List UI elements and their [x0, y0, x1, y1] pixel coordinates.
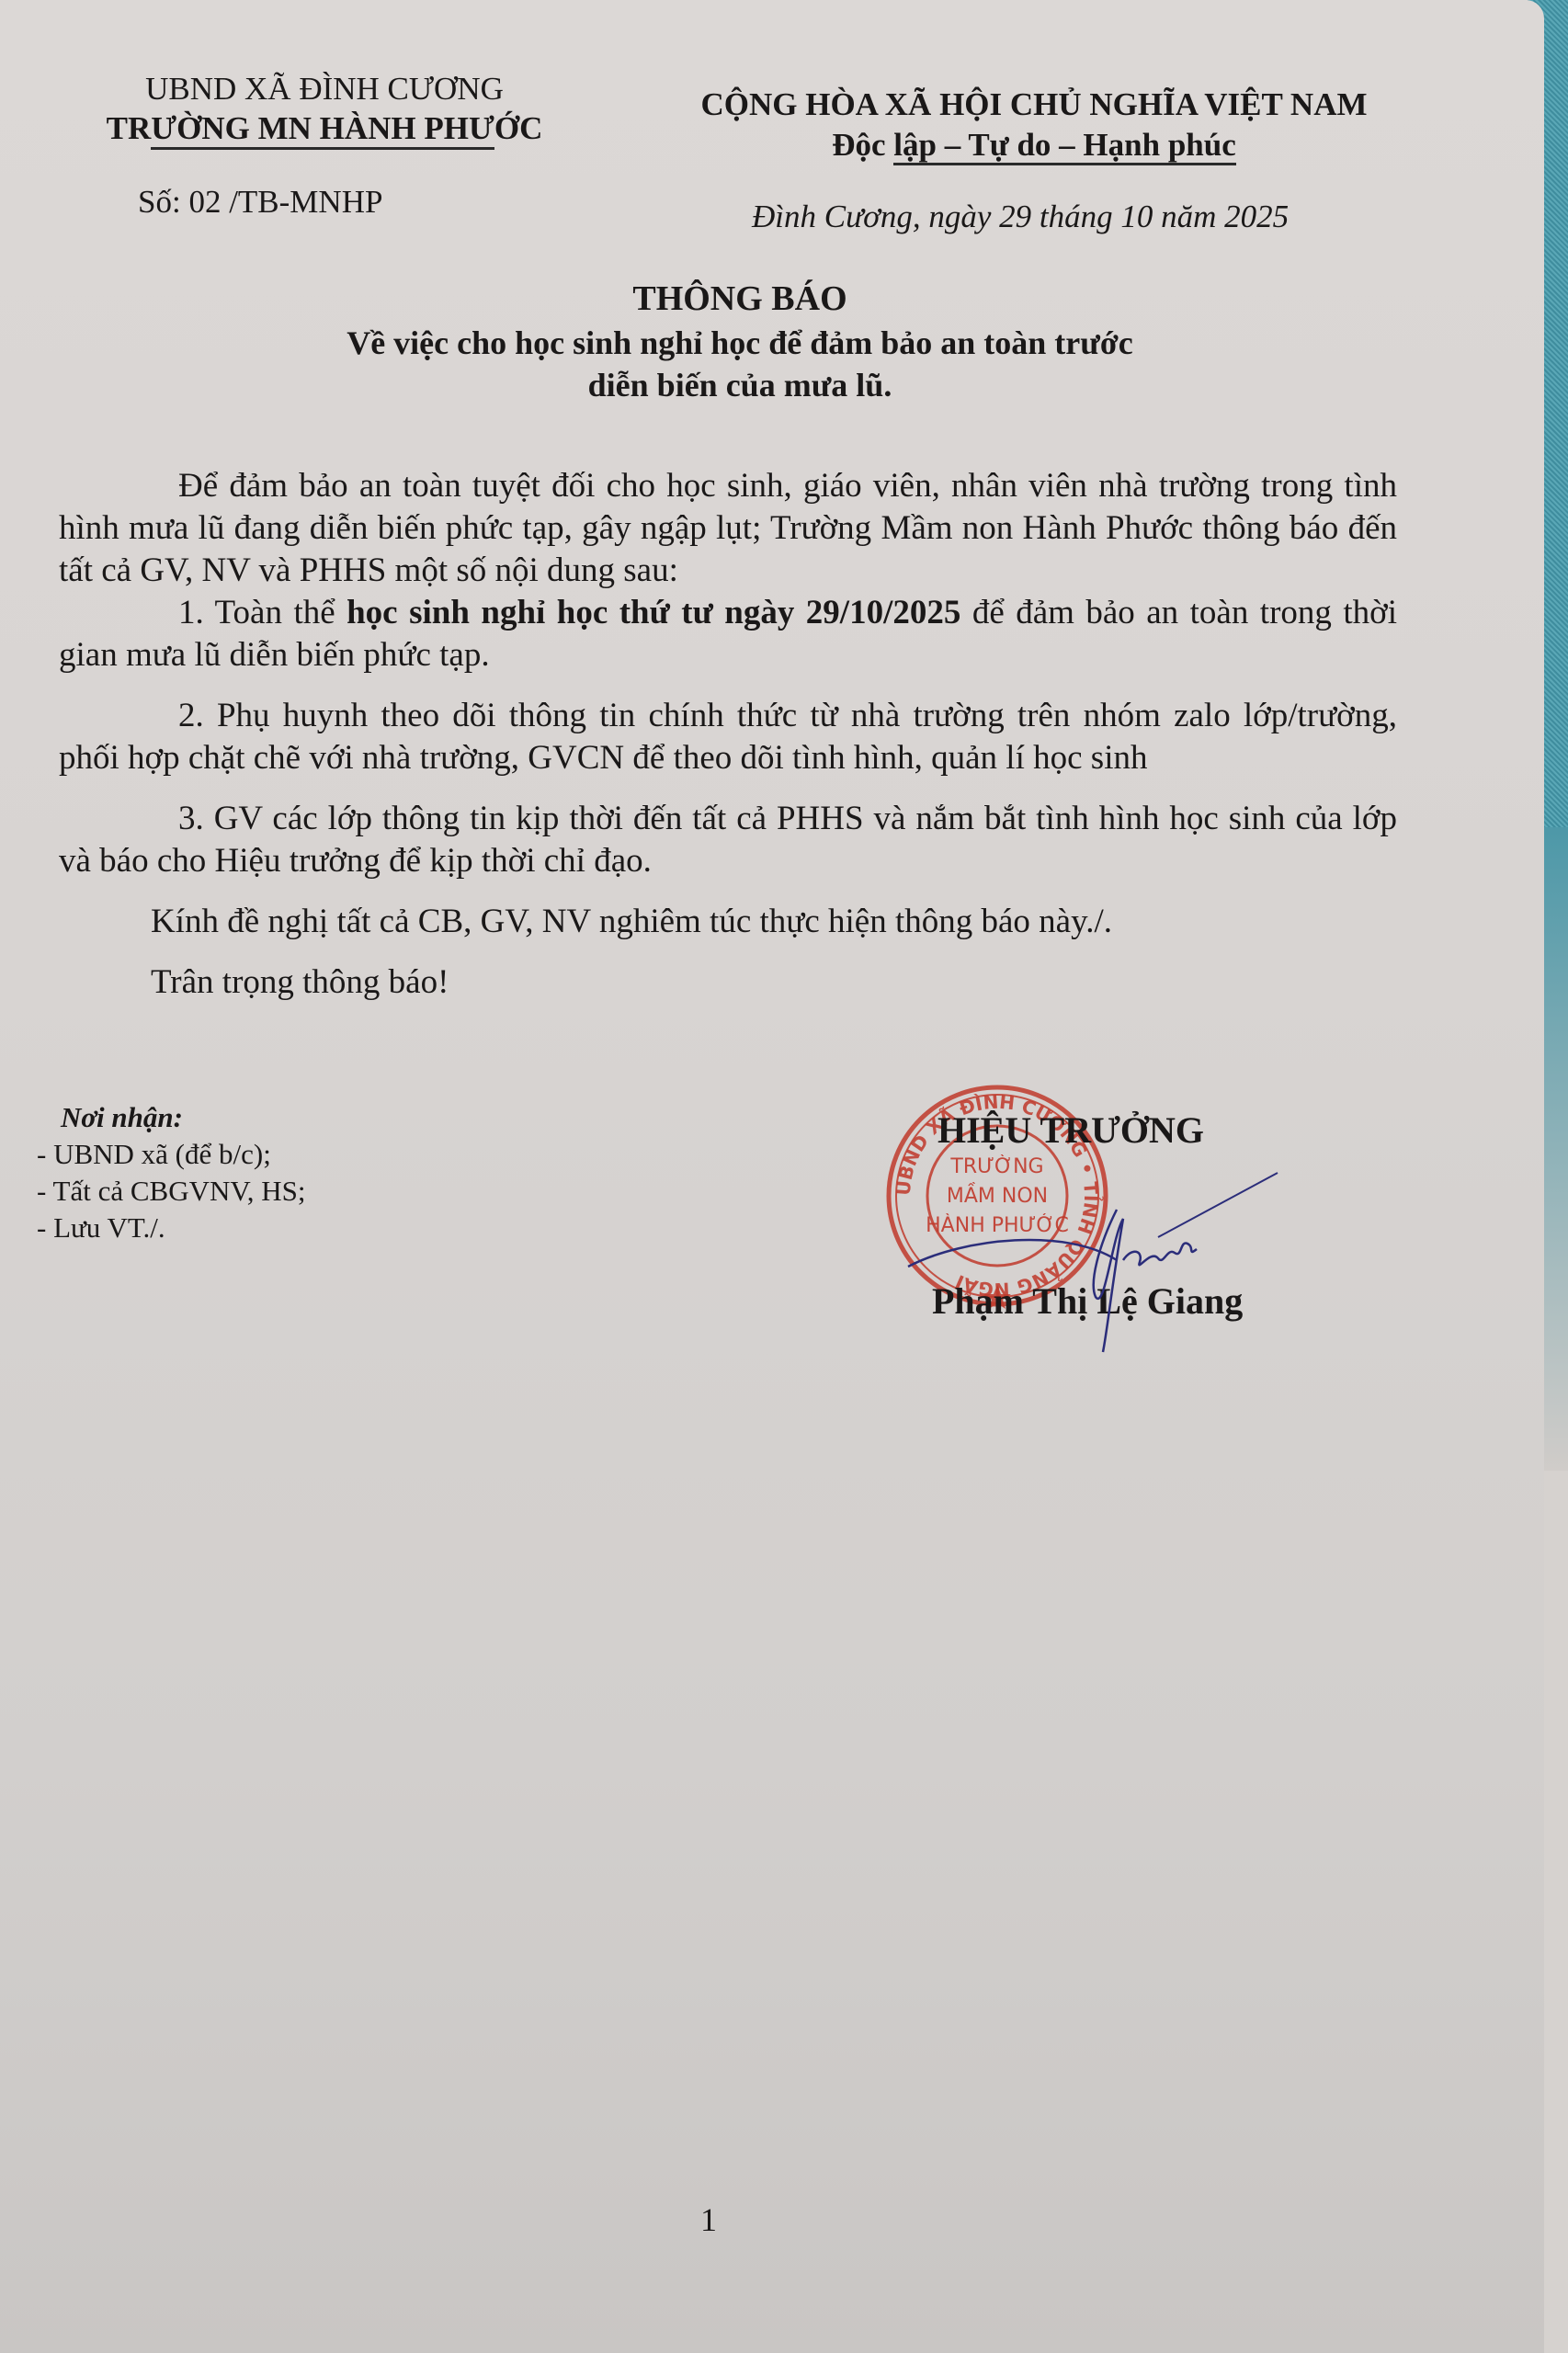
item-3: 3. GV các lớp thông tin kịp thời đến tất…	[59, 798, 1397, 882]
recipients-block: Nơi nhận: - UBND xã (để b/c); - Tất cả C…	[37, 1099, 306, 1246]
notice-subject-line-1: Về việc cho học sinh nghỉ học để đảm bảo…	[221, 322, 1259, 364]
national-motto: Độc lập – Tự do – Hạnh phúc	[662, 125, 1406, 165]
recipient-item: - Tất cả CBGVNV, HS;	[37, 1173, 306, 1210]
intro-paragraph: Để đảm bảo an toàn tuyệt đối cho học sin…	[59, 465, 1397, 592]
school-name: TRƯỜNG MN HÀNH PHƯỚC	[81, 108, 568, 149]
document-number: Số: 02 /TB-MNHP	[138, 184, 382, 221]
closing-line: Trân trọng thông báo!	[59, 961, 1397, 1004]
authority-name: UBND XÃ ĐÌNH CƯƠNG	[81, 70, 568, 108]
signature-block: UBND XÃ ĐÌNH CƯƠNG • TỈNH QUẢNG NGÃI TRƯ…	[882, 1099, 1324, 1375]
recipient-item: - Lưu VT./.	[37, 1210, 306, 1246]
handwritten-signature-icon	[882, 1099, 1324, 1375]
recipients-heading: Nơi nhận:	[37, 1099, 306, 1136]
request-paragraph: Kính đề nghị tất cả CB, GV, NV nghiêm tú…	[59, 901, 1397, 943]
place-and-date: Đình Cương, ngày 29 tháng 10 năm 2025	[752, 199, 1289, 235]
nation-name: CỘNG HÒA XÃ HỘI CHỦ NGHĨA VIỆT NAM	[662, 85, 1406, 125]
recipient-item: - UBND xã (để b/c);	[37, 1136, 306, 1173]
document-page: UBND XÃ ĐÌNH CƯƠNG TRƯỜNG MN HÀNH PHƯỚC …	[0, 0, 1544, 2353]
notice-heading: THÔNG BÁO	[221, 276, 1259, 322]
notice-body: Để đảm bảo an toàn tuyệt đối cho học sin…	[59, 465, 1397, 1004]
notice-title-block: THÔNG BÁO Về việc cho học sinh nghỉ học …	[221, 276, 1259, 406]
page-number: 1	[700, 2200, 717, 2239]
issuing-authority-block: UBND XÃ ĐÌNH CƯƠNG TRƯỜNG MN HÀNH PHƯỚC	[81, 70, 568, 149]
national-header-block: CỘNG HÒA XÃ HỘI CHỦ NGHĨA VIỆT NAM Độc l…	[662, 85, 1406, 165]
notice-subject-line-2: diễn biến của mưa lũ.	[221, 364, 1259, 406]
item-1: 1. Toàn thể học sinh nghỉ học thứ tư ngà…	[59, 592, 1397, 676]
item-2: 2. Phụ huynh theo dõi thông tin chính th…	[59, 695, 1397, 779]
